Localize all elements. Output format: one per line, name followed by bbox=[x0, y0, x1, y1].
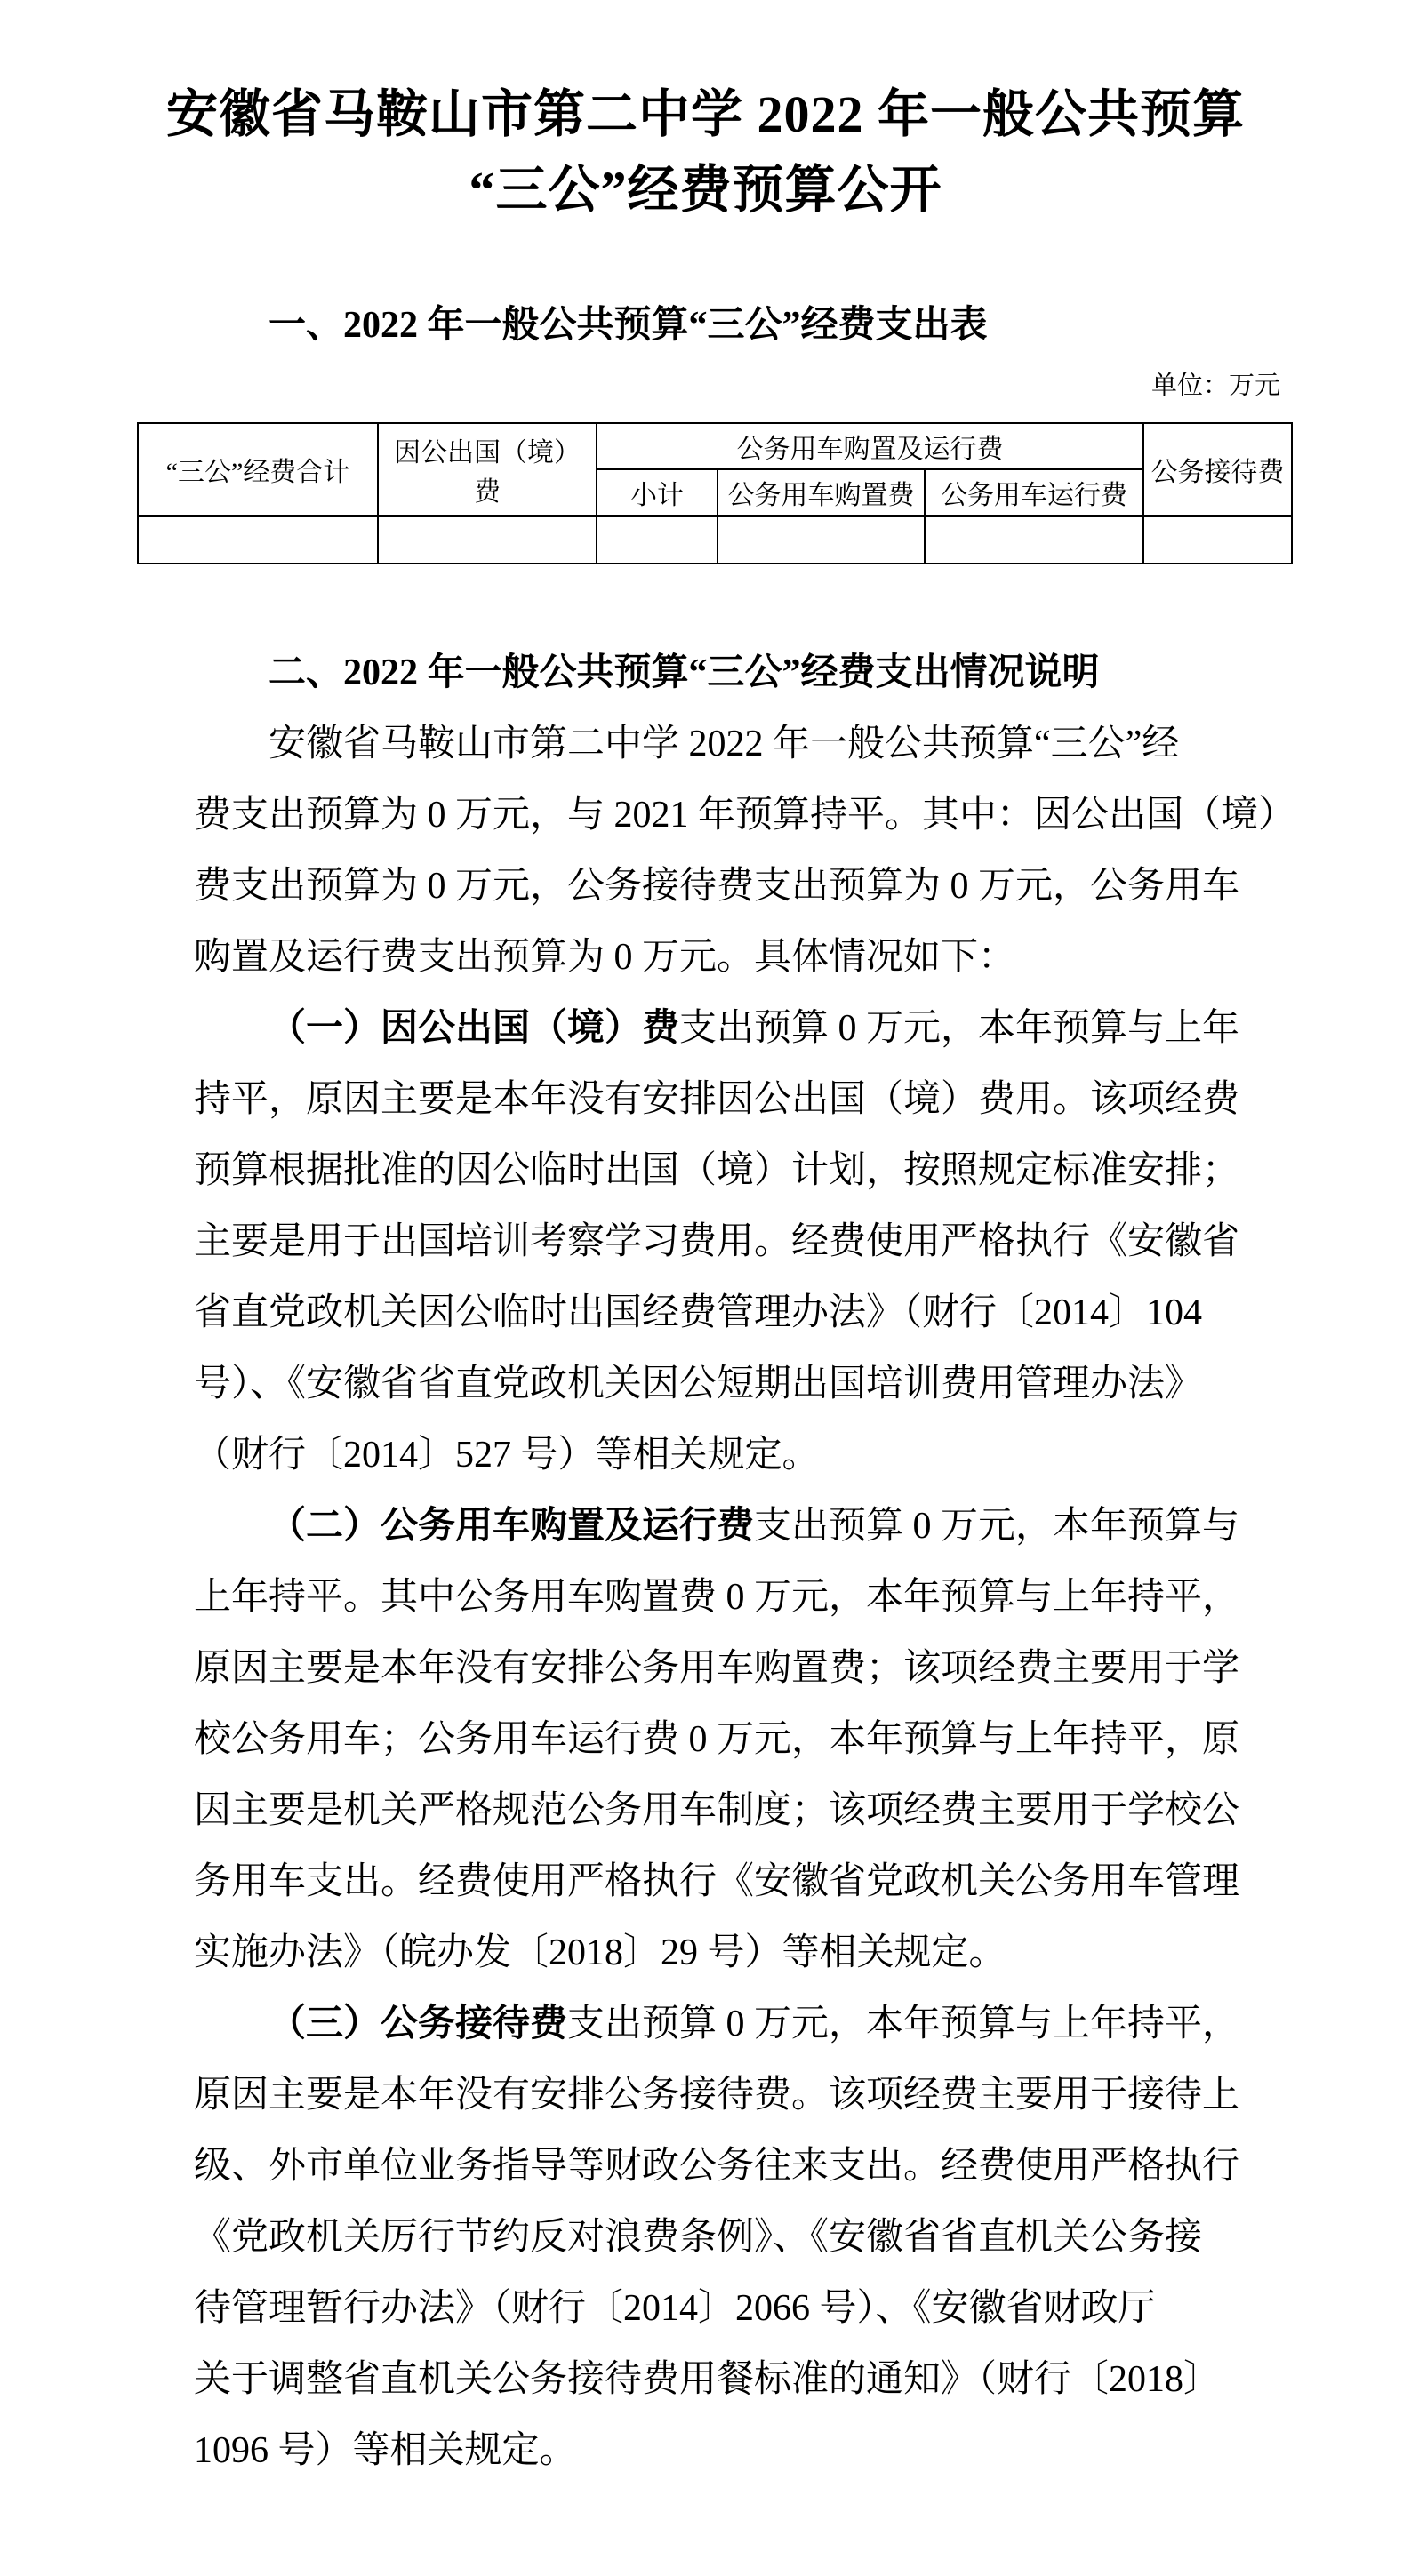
col-header-vehicle-purchase: 公务用车购置费 bbox=[718, 469, 925, 516]
table-header-row-1: “三公”经费合计 因公出国（境）费 公务用车购置及运行费 公务接待费 bbox=[138, 423, 1292, 469]
col-header-vehicle-group: 公务用车购置及运行费 bbox=[597, 423, 1143, 469]
document-title-line-1: 安徽省马鞍山市第二中学 2022 年一般公共预算 bbox=[0, 76, 1411, 152]
col-header-vehicle-subtotal: 小计 bbox=[597, 469, 718, 516]
table-cell-vehicle-subtotal bbox=[597, 516, 718, 564]
document-body: 一、2022 年一般公共预算“三公”经费支出表 单位：万元 “三公”经费合计 因… bbox=[194, 290, 1270, 2486]
paragraph-item-2-lead-bold: （二）公务用车购置及运行费 bbox=[269, 1506, 754, 1547]
paragraph-item-3: （三）公务接待费支出预算 0 万元，本年预算与上年持平， 原因主要是本年没有安排… bbox=[194, 1988, 1270, 2486]
paragraph-item-3-text: 支出预算 0 万元，本年预算与上年持平， 原因主要是本年没有安排公务接待费。该项… bbox=[194, 2004, 1239, 2471]
paragraph-item-1-lead-bold: （一）因公出国（境）费 bbox=[269, 1008, 679, 1049]
table-unit-label: 单位：万元 bbox=[194, 370, 1280, 402]
col-header-reception: 公务接待费 bbox=[1143, 423, 1292, 516]
three-public-expense-table: “三公”经费合计 因公出国（境）费 公务用车购置及运行费 公务接待费 小计 公务… bbox=[137, 422, 1293, 564]
col-header-vehicle-operation: 公务用车运行费 bbox=[925, 469, 1143, 516]
table-cell-abroad bbox=[378, 516, 597, 564]
paragraph-item-3-lead-bold: （三）公务接待费 bbox=[269, 2004, 567, 2044]
table-cell-vehicle-purchase bbox=[718, 516, 925, 564]
paragraph-item-2: （二）公务用车购置及运行费支出预算 0 万元，本年预算与 上年持平。其中公务用车… bbox=[194, 1491, 1270, 1988]
table-data-row bbox=[138, 516, 1292, 564]
section1-heading: 一、2022 年一般公共预算“三公”经费支出表 bbox=[194, 290, 1270, 361]
col-header-abroad: 因公出国（境）费 bbox=[378, 423, 597, 516]
table-cell-vehicle-operation bbox=[925, 516, 1143, 564]
paragraph-item-2-text: 支出预算 0 万元，本年预算与 上年持平。其中公务用车购置费 0 万元，本年预算… bbox=[194, 1506, 1239, 1973]
col-header-total: “三公”经费合计 bbox=[138, 423, 378, 516]
paragraph-item-1: （一）因公出国（境）费支出预算 0 万元，本年预算与上年 持平，原因主要是本年没… bbox=[194, 993, 1270, 1491]
section2-heading: 二、2022 年一般公共预算“三公”经费支出情况说明 bbox=[194, 637, 1270, 708]
document-title-line-2: “三公”经费预算公开 bbox=[0, 152, 1411, 228]
paragraph-intro-text: 安徽省马鞍山市第二中学 2022 年一般公共预算“三公”经 费支出预算为 0 万… bbox=[194, 724, 1295, 978]
paragraph-intro: 安徽省马鞍山市第二中学 2022 年一般公共预算“三公”经 费支出预算为 0 万… bbox=[194, 708, 1270, 993]
document-page: 安徽省马鞍山市第二中学 2022 年一般公共预算 “三公”经费预算公开 一、20… bbox=[0, 0, 1411, 2576]
table-cell-total bbox=[138, 516, 378, 564]
paragraph-item-1-text: 支出预算 0 万元，本年预算与上年 持平，原因主要是本年没有安排因公出国（境）费… bbox=[194, 1008, 1239, 1476]
document-title: 安徽省马鞍山市第二中学 2022 年一般公共预算 “三公”经费预算公开 bbox=[0, 0, 1411, 228]
table-cell-reception bbox=[1143, 516, 1292, 564]
